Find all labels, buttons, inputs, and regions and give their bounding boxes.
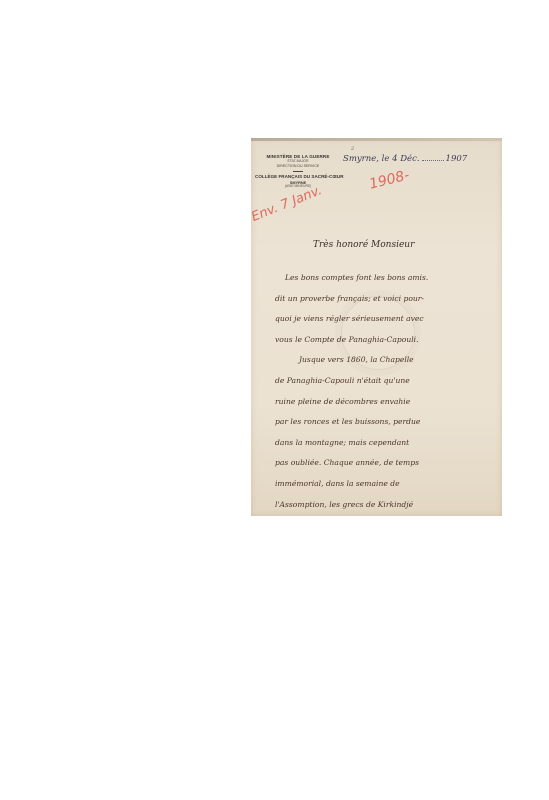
body-line: de Panaghia-Capouli n'était qu'une bbox=[273, 371, 497, 392]
body-line: pas oubliée. Chaque année, de temps bbox=[273, 453, 497, 474]
letterhead-region: (ASIE MINEURE) bbox=[255, 185, 341, 189]
red-annotation-sent-date: Env. 7 Janv. bbox=[251, 183, 324, 225]
dateline-place: Smyrne, le bbox=[343, 154, 389, 164]
body-line: immémorial, dans la semaine de bbox=[273, 474, 497, 495]
letterhead-line-3: DIRECTION DU SERVICE bbox=[255, 164, 341, 168]
letterhead-institution: COLLÈGE FRANÇAIS DU SACRÉ-CŒUR bbox=[255, 174, 341, 179]
salutation: Très honoré Monsieur bbox=[313, 240, 414, 250]
body-line: par les ronces et les buissons, perdue bbox=[273, 412, 497, 433]
dateline-dots bbox=[422, 160, 444, 161]
body-line: dans la montagne; mais cependant bbox=[273, 433, 497, 454]
body-line: ne manquaient pas d'y aller en pè- bbox=[273, 515, 497, 516]
dateline-month: Déc. bbox=[400, 154, 419, 164]
letterhead: MINISTÈRE DE LA GUERRE ÉTAT-MAJOR DIRECT… bbox=[255, 154, 341, 189]
body-line: ruine pleine de décombres envahie bbox=[273, 392, 497, 413]
body-line: Les bons comptes font les bons amis. bbox=[273, 268, 497, 289]
date-mark: 2 bbox=[351, 146, 354, 152]
letter-page: MINISTÈRE DE LA GUERRE ÉTAT-MAJOR DIRECT… bbox=[251, 138, 502, 516]
body-line: dit un proverbe français; et voici pour- bbox=[273, 289, 497, 310]
red-annotation-year: 1908- bbox=[368, 167, 411, 192]
letterhead-divider bbox=[293, 171, 303, 172]
letter-body: Les bons comptes font les bons amis. dit… bbox=[273, 268, 497, 516]
dateline-year: 1907 bbox=[446, 154, 468, 164]
body-line: l'Assomption, les grecs de Kirkindjé bbox=[273, 495, 497, 516]
body-line: quoi je viens régler sérieusement avec bbox=[273, 309, 497, 330]
dateline-day: 4 bbox=[392, 154, 397, 164]
dateline: Smyrne, le 4 Déc.1907 bbox=[343, 154, 498, 164]
body-line: vous le Compte de Panaghia-Capouli. bbox=[273, 330, 497, 351]
body-line: Jusque vers 1860, la Chapelle bbox=[273, 350, 497, 371]
